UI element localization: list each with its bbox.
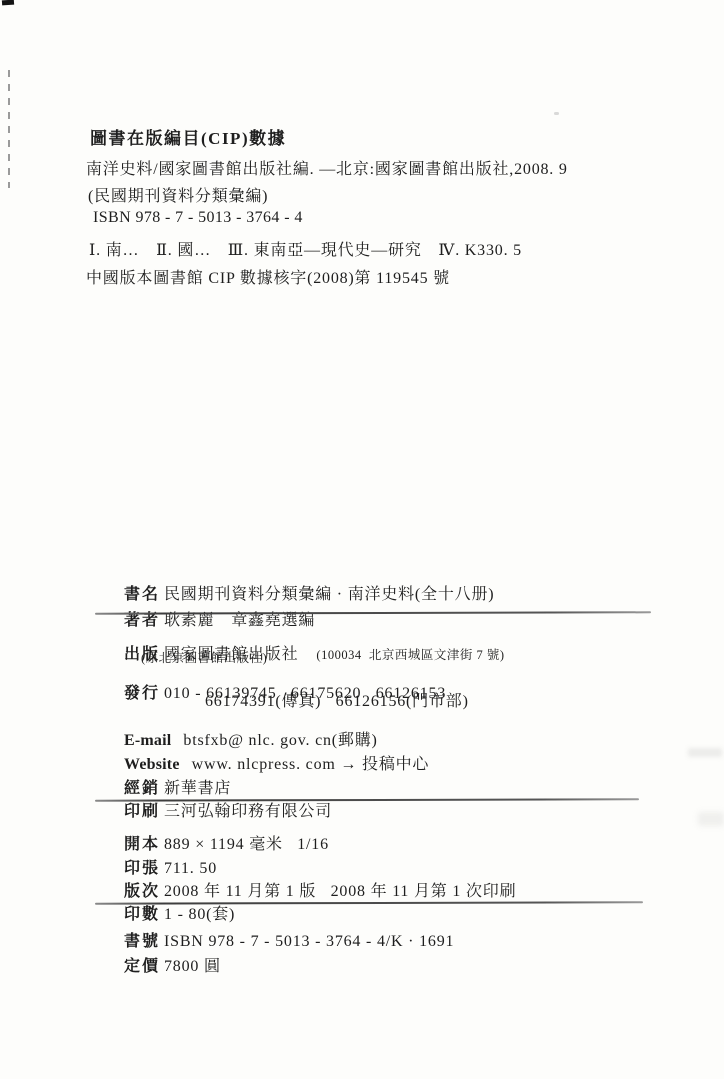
row-value: 7800 圓	[164, 958, 221, 975]
scan-artifact-dashed-line	[8, 70, 10, 188]
distribution-phones-line2: 66174391(傳真) 66126156(門市部)	[205, 688, 469, 711]
scanned-copyright-page: 圖書在版編目(CIP)數據 南洋史料/國家圖書館出版社編. —北京:國家圖書館出…	[0, 0, 724, 1079]
cip-heading: 圖書在版編目(CIP)數據	[90, 124, 286, 149]
cip-title-line: 南洋史料/國家圖書館出版社編. —北京:國家圖書館出版社,2008. 9	[86, 156, 568, 179]
divider-rule-2	[95, 798, 639, 801]
scan-artifact-speck	[554, 112, 559, 115]
cip-record-line: 中國版本圖書館 CIP 數據核字(2008)第 119545 號	[86, 265, 450, 288]
row-label: 定價	[124, 957, 164, 976]
publisher-address-note: (100034 北京西城區文津街 7 號)	[316, 648, 504, 662]
scan-artifact-corner-mark	[2, 0, 14, 5]
cip-isbn-line: ISBN 978 - 7 - 5013 - 3764 - 4	[93, 209, 303, 227]
publisher-former-name-note: (原北京圖書館出版社)	[141, 648, 267, 666]
cip-subject-line: Ⅰ. 南… Ⅱ. 國… Ⅲ. 東南亞—現代史—研究 Ⅳ. K330. 5	[89, 237, 522, 260]
cip-series-line: (民國期刊資料分類彙編)	[88, 183, 268, 206]
colophon-row-price: 定價7800 圓	[100, 938, 221, 995]
row-label: 發行	[124, 684, 164, 703]
scan-artifact-smudge-top	[688, 748, 722, 757]
scan-artifact-smudge-bottom	[698, 812, 724, 826]
